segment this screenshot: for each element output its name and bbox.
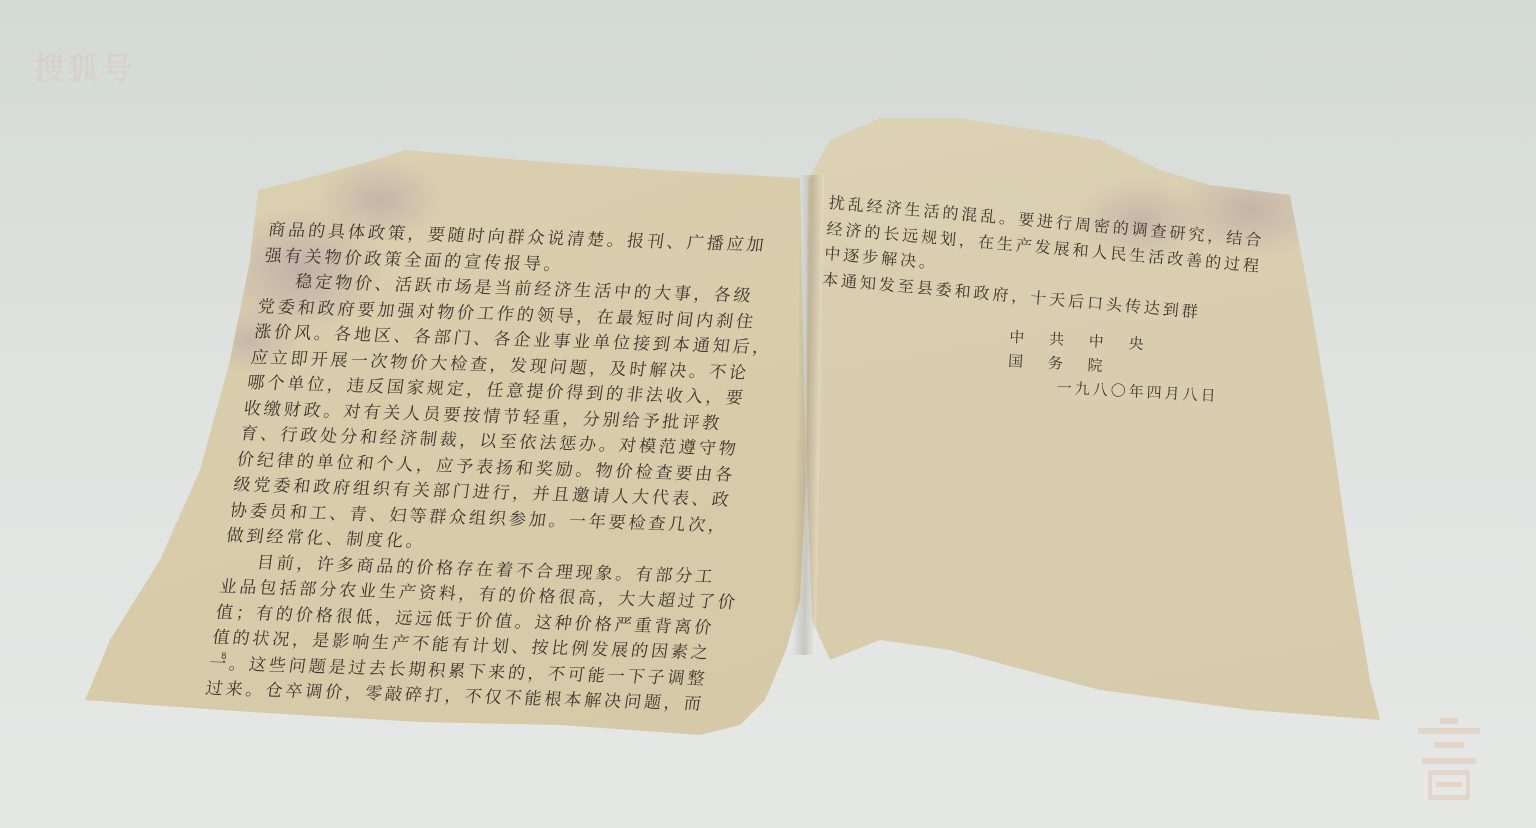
- pavilion-logo-icon: [1418, 718, 1480, 802]
- page-number: 8: [221, 652, 227, 662]
- left-page-text: 商品的具体政策，要随时向群众说清楚。报刊、广播应加 强有关物价政策全面的宣传报导…: [204, 218, 788, 719]
- watermark: 搜狐号: [34, 44, 234, 94]
- signature-block: 中 共 中 央 国 务 院 一九八〇年四月八日: [1006, 325, 1221, 408]
